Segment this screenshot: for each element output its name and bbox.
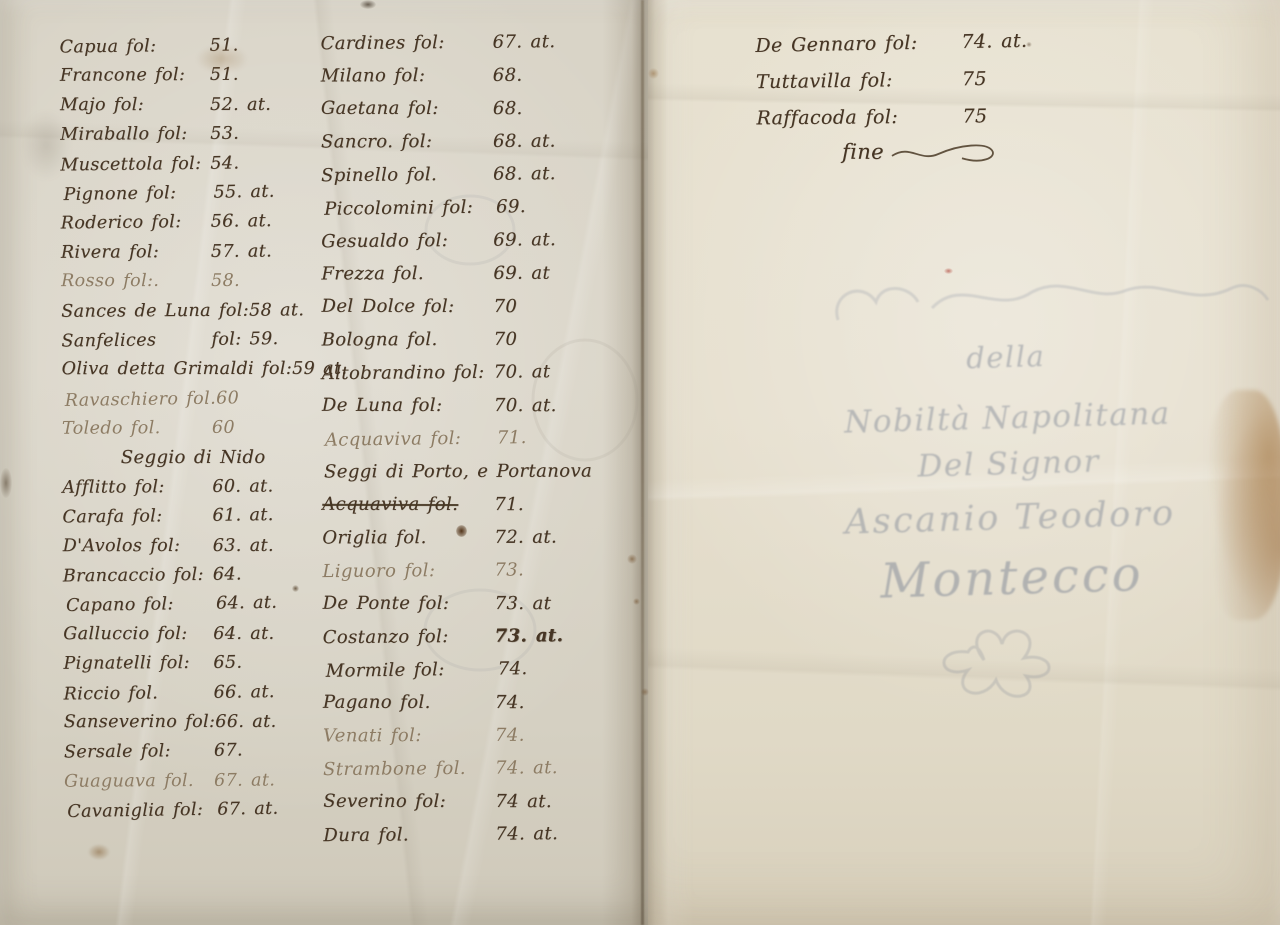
family-name: Pignone fol: <box>63 183 176 205</box>
folio-number: 73. at. <box>495 625 595 647</box>
family-name: Galluccio fol: <box>63 624 187 644</box>
index-entry: Gesualdo fol: 69. at. <box>321 229 593 264</box>
index-entry: Rosso fol:. 58. <box>61 271 323 301</box>
folio-number: 64. <box>213 564 325 585</box>
family-name: Carafa fol: <box>62 507 162 528</box>
folio-number: 55. at. <box>213 181 325 203</box>
index-entry: Pagano fol. 74. <box>323 692 595 725</box>
family-name: Seggio di Nido <box>121 447 266 468</box>
index-entry: Frezza fol. 69. at <box>321 263 593 297</box>
family-name: Piccolomini fol: <box>324 197 473 220</box>
index-entry: De Gennaro fol: 74. at. <box>755 29 1066 72</box>
folio-number: 61. at. <box>212 505 324 526</box>
index-entry: Ravaschiero fol. 60 <box>65 387 327 421</box>
family-name: Pagano fol. <box>323 692 431 713</box>
index-entry: Pignone fol: 55. at. <box>63 181 325 215</box>
family-name: Afflitto fol: <box>62 477 164 498</box>
family-name: Dura fol. <box>323 824 409 846</box>
family-name: Strambone fol. <box>323 758 466 780</box>
family-name: Costanzo fol: <box>323 626 449 648</box>
folio-number: 74. <box>495 692 595 713</box>
index-entry: Cavaniglia fol: 67. at. <box>67 798 329 832</box>
family-name: Gaetana fol: <box>321 98 439 119</box>
folio-number: 63. at. <box>213 535 325 555</box>
fine-label: fine <box>842 140 884 164</box>
fine-row: fine <box>756 139 1066 167</box>
family-name: Oliva detta Grimaldi fol: <box>62 359 293 379</box>
index-entry: Carafa fol: 61. at. <box>62 505 324 537</box>
index-entry: Piccolomini fol: 69. <box>324 195 596 232</box>
index-entry: De Luna fol: 70. at. <box>322 395 594 428</box>
family-name: Gesualdo fol: <box>321 230 448 252</box>
index-entry: Liguoro fol: 73. <box>322 559 594 594</box>
manuscript-spread: Capua fol: 51. Francone fol: 51. Majo fo… <box>0 0 1280 925</box>
folio-number: 65. <box>213 652 325 673</box>
folio-number: 51. <box>210 65 322 86</box>
family-name: Brancaccio fol: <box>63 565 204 587</box>
index-entry: Oliva detta Grimaldi fol: 59 at. <box>62 359 324 389</box>
family-name: Muscettola fol: <box>60 153 201 175</box>
page-fold-crease <box>641 0 644 925</box>
index-entry: Toledo fol. 60 <box>62 417 324 448</box>
index-entry: Venati fol: 74. <box>323 725 595 759</box>
folio-number: 57. at. <box>211 241 323 262</box>
family-name: Venati fol: <box>323 725 422 746</box>
folio-number: 70. at <box>494 361 594 383</box>
index-entry: De Ponte fol: 73. at <box>323 593 595 626</box>
folio-number: 74. <box>495 725 595 746</box>
folio-number: 70 <box>494 296 594 317</box>
folio-number: fol: 59. <box>211 328 323 349</box>
folio-number: 73. at <box>495 593 595 614</box>
family-name: Mormile fol: <box>326 659 445 682</box>
family-name: Riccio fol. <box>63 683 158 704</box>
family-name: Sancro. fol: <box>321 131 433 152</box>
folio-number: 74 at. <box>495 791 595 812</box>
family-name: Sanseverino fol: <box>64 712 216 732</box>
folio-number: 68. at. <box>493 131 593 152</box>
index-entry: Sersale fol: 67. <box>64 740 326 772</box>
folio-number: 60 <box>216 387 328 409</box>
index-entry: Afflitto fol: 60. at. <box>62 476 324 507</box>
index-entry: Severino fol: 74 at. <box>323 791 595 824</box>
family-name: Cardines fol: <box>320 32 444 54</box>
index-entry: Sances de Luna fol: 58 at. <box>61 300 323 331</box>
folio-number: 69. <box>496 195 596 217</box>
index-entry: Acquaviva fol. 71. <box>322 494 594 527</box>
index-entry: Seggi di Porto, e Portanova <box>322 461 594 495</box>
folio-number: 67. at. <box>217 798 329 820</box>
folio-number: 51. <box>209 35 321 56</box>
index-entry: Sanseverino fol: 66. at. <box>64 712 326 742</box>
index-entry: D'Avolos fol: 63. at. <box>63 535 325 565</box>
family-name: Sersale fol: <box>64 742 171 763</box>
family-name: Pignatelli fol: <box>63 653 190 674</box>
folio-number: 71. <box>497 426 597 448</box>
index-entry: Strambone fol. 74. at. <box>323 757 595 792</box>
index-entry: Tuttavilla fol: 75 <box>756 67 1066 108</box>
index-entry: Altobrandino fol: 70. at <box>322 361 594 396</box>
family-name: Guaguava fol. <box>64 771 194 792</box>
family-name: Acquaviva fol: <box>325 428 462 451</box>
family-name: Miraballo fol: <box>60 124 187 145</box>
family-name: Milano fol: <box>321 65 426 86</box>
family-name: Rosso fol:. <box>61 271 159 291</box>
family-name: Roderico fol: <box>61 212 182 233</box>
family-name: Origlia fol. <box>322 527 426 548</box>
family-name: Spinello fol. <box>321 164 437 186</box>
index-entry: Capua fol: 51. <box>60 35 322 67</box>
family-name: Liguoro fol: <box>322 560 435 582</box>
index-entry: Cardines fol: 67. at. <box>320 31 592 66</box>
folio-number: 67. at. <box>492 31 592 53</box>
index-entry: Roderico fol: 56. at. <box>61 211 323 243</box>
folio-number: 70 <box>494 329 594 350</box>
family-name: Acquaviva fol. <box>322 494 458 515</box>
family-name: Frezza fol. <box>321 263 424 284</box>
folio-number: 70. at. <box>494 395 594 416</box>
folio-number: 72. at. <box>494 527 594 548</box>
family-name: Francone fol: <box>60 65 186 86</box>
index-entry: Gaetana fol: 68. <box>321 98 593 131</box>
index-entry: Sanfelices fol: 59. <box>61 328 323 360</box>
folio-number: 52. at. <box>210 95 322 115</box>
family-name: Sances de Luna fol: <box>61 300 249 321</box>
index-entry: Rivera fol: 57. at. <box>61 241 323 272</box>
folio-number: 74. at. <box>495 823 595 845</box>
family-name: Capua fol: <box>60 36 157 57</box>
family-name: Sanfelices <box>61 330 156 351</box>
index-entry: Brancaccio fol: 64. <box>63 564 325 596</box>
index-entry: Muscettola fol: 54. <box>60 152 322 184</box>
index-entry: Spinello fol. 68. at. <box>321 163 593 198</box>
index-entry: Origlia fol. 72. at. <box>322 527 594 561</box>
folio-number: 67. at. <box>214 770 326 791</box>
folio-number: 74. at. <box>961 29 1065 53</box>
family-name: Altobrandino fol: <box>322 362 485 384</box>
index-column-right-page: De Gennaro fol: 74. at. Tuttavilla fol: … <box>755 30 1067 145</box>
folio-number: 64. at. <box>213 624 325 644</box>
folio-number: 64. at. <box>216 592 328 614</box>
folio-number: 60 <box>212 417 324 438</box>
family-name: Ravaschiero fol. <box>65 388 217 410</box>
folio-number: 68. <box>493 65 593 86</box>
index-entry: Dura fol. 74. at. <box>323 823 595 858</box>
family-name: Bologna fol. <box>322 329 438 350</box>
folio-number: 75 <box>962 67 1066 90</box>
index-entry: Riccio fol. 66. at. <box>63 681 325 713</box>
family-name: Rivera fol: <box>61 242 159 263</box>
folio-number: 54. <box>210 152 322 173</box>
family-name: Majo fol: <box>60 95 144 115</box>
folio-number: 74. at. <box>495 757 595 779</box>
index-entry: Costanzo fol: 73. at. <box>323 625 595 660</box>
family-name: Severino fol: <box>323 791 446 812</box>
folio-number: 75 <box>962 105 1066 128</box>
folio-number: 53. <box>210 123 322 144</box>
index-entry: Capano fol: 64. at. <box>66 592 328 626</box>
folio-number: 66. at. <box>215 712 327 732</box>
folio-number: 71. <box>494 494 594 515</box>
ink-swash-flourish <box>890 140 1000 167</box>
family-name: Toledo fol. <box>62 418 161 439</box>
folio-number: 66. at. <box>213 681 325 702</box>
family-name: De Gennaro fol: <box>755 32 918 57</box>
folio-number: 69. at <box>493 263 593 284</box>
folio-number: 68. <box>493 98 593 119</box>
folio-number: 58. <box>211 271 323 291</box>
folio-number: 74. <box>498 657 598 679</box>
folio-number: 69. at. <box>493 229 593 251</box>
end-mark: fine <box>756 140 1066 166</box>
family-name: De Luna fol: <box>322 395 443 416</box>
family-name: De Ponte fol: <box>323 593 450 614</box>
index-entry: Mormile fol: 74. <box>326 657 598 694</box>
index-entry: Galluccio fol: 64. at. <box>63 624 325 654</box>
index-entry: Del Dolce fol: 70 <box>322 296 594 329</box>
index-entry: Majo fol: 52. at. <box>60 95 322 125</box>
folio-number: 60. at. <box>212 476 324 497</box>
family-name: Raffacoda fol: <box>756 106 898 129</box>
folio-number: 56. at. <box>211 211 323 232</box>
index-entry: Milano fol: 68. <box>321 65 593 99</box>
family-name: D'Avolos fol: <box>63 536 181 556</box>
index-entry: Guaguava fol. 67. at. <box>64 770 326 801</box>
index-entry: Acquaviva fol: 71. <box>325 426 597 463</box>
family-name: Capano fol: <box>66 595 174 617</box>
index-entry: Miraballo fol: 53. <box>60 123 322 154</box>
index-column-1: Capua fol: 51. Francone fol: 51. Majo fo… <box>60 35 327 830</box>
family-name: Tuttavilla fol: <box>756 69 893 93</box>
family-name: Cavaniglia fol: <box>67 800 203 822</box>
family-name: Seggi di Porto, e Portanova <box>324 461 592 483</box>
folio-number: 67. <box>214 740 326 761</box>
index-entry: Bologna fol. 70 <box>322 329 594 363</box>
family-name: Del Dolce fol: <box>322 296 455 317</box>
index-entry: Seggio di Nido <box>62 447 324 477</box>
index-entry: Pignatelli fol: 65. <box>63 652 325 683</box>
index-column-2: Cardines fol: 67. at. Milano fol: 68. Ga… <box>321 32 596 858</box>
folio-number: 73. <box>494 559 594 581</box>
folio-number: 68. at. <box>493 163 593 185</box>
index-entry: Sancro. fol: 68. at. <box>321 131 593 165</box>
index-entry: Raffacoda fol: 75 <box>756 105 1066 145</box>
index-entry: Francone fol: 51. <box>60 65 322 96</box>
